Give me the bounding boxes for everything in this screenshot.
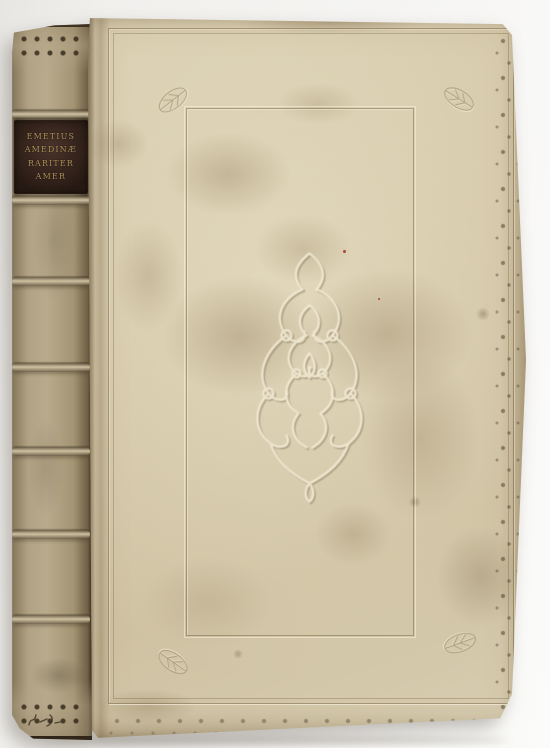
- red-speck: [378, 298, 380, 300]
- raised-band: [12, 530, 90, 539]
- spine-tail-cap: [12, 680, 92, 740]
- spine-label-line: EMETIUS: [14, 131, 88, 143]
- ink-scribble: [22, 710, 66, 730]
- book: EMETIUS AMEDINÆ RARITER AMER: [0, 0, 550, 748]
- bottom-edge-speckles: [108, 714, 496, 736]
- raised-band: [12, 196, 90, 205]
- raised-band: [12, 363, 90, 372]
- book-spine: EMETIUS AMEDINÆ RARITER AMER: [8, 24, 92, 740]
- floor-shadow: [40, 737, 510, 744]
- spine-label-line: AMER: [14, 171, 88, 183]
- spine-head-cap: [12, 24, 92, 73]
- head-endband-dots: [18, 48, 82, 58]
- spine-title-label: EMETIUS AMEDINÆ RARITER AMER: [14, 120, 88, 194]
- raised-band: [12, 110, 90, 119]
- raised-band: [12, 277, 90, 286]
- head-endband-dots: [18, 34, 82, 44]
- raised-band: [12, 447, 90, 456]
- red-speck: [343, 250, 346, 253]
- spine-label-line: RARITER: [14, 158, 88, 170]
- photo-background: EMETIUS AMEDINÆ RARITER AMER: [0, 0, 550, 748]
- front-cover: [88, 14, 526, 740]
- spine-label-line: AMEDINÆ: [14, 144, 88, 156]
- center-arabesque-ornament: [225, 246, 395, 506]
- raised-band: [12, 615, 90, 624]
